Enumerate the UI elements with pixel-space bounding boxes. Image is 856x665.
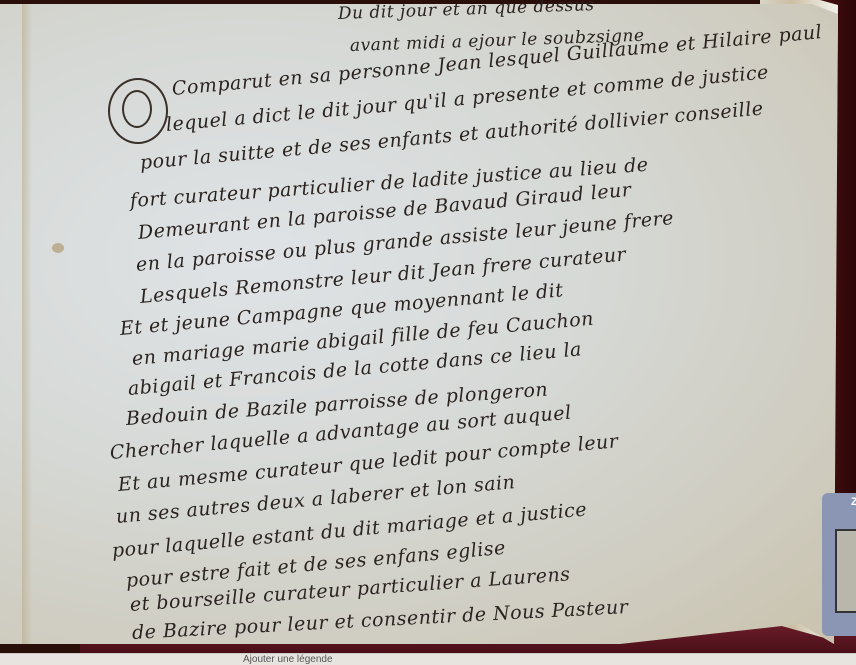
image-viewer[interactable]: Du dit jour et an que dessus avant midi … <box>0 0 856 653</box>
thumbnail-panel-label: Z <box>851 496 856 508</box>
caption-bar <box>0 653 856 665</box>
thumbnail-image[interactable] <box>835 529 856 613</box>
caption-input[interactable]: Ajouter une légende <box>243 654 333 665</box>
thumbnail-panel[interactable]: Z <box>822 493 856 636</box>
manuscript-line: Du dit jour et an que dessus <box>338 0 595 24</box>
manuscript-text: Du dit jour et an que dessus avant midi … <box>0 0 840 650</box>
